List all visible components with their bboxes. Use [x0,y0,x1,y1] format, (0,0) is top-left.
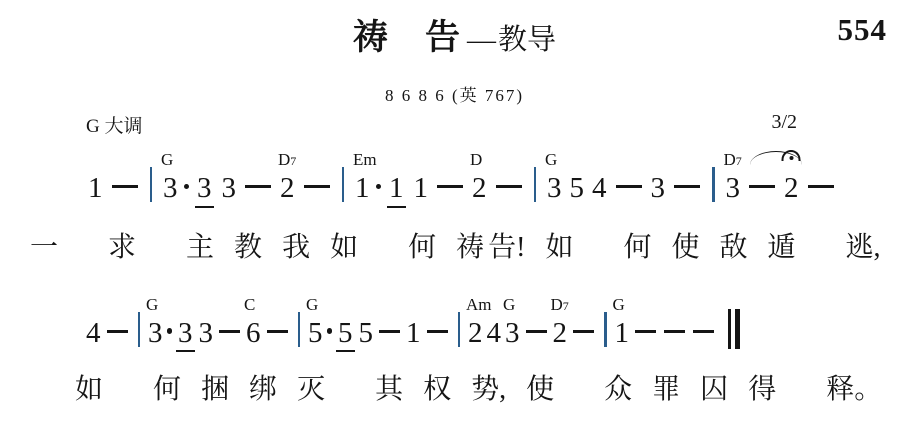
note: 2D [472,173,487,204]
chord-label: D [470,151,482,168]
duration-dash [674,185,700,188]
duration-dash [664,330,685,333]
lyric-syllable: 罪 [652,373,680,407]
note: 5 [336,318,355,353]
note: 3G [148,318,163,349]
note: 1 [414,173,429,204]
chord-label: Am [466,296,492,313]
barline [604,312,607,347]
duration-dash [427,330,448,333]
barline [138,312,141,347]
duration-dash [107,330,128,333]
meter-line: 8 6 8 6 (英 767) [20,81,889,106]
note: 3 [195,173,214,208]
lyric-syllable: 祷 [456,231,484,265]
lyric-syllable: 遁 [768,231,796,265]
augmentation-dot [184,184,190,190]
note: 3 [651,173,666,204]
note: 3G [163,173,178,204]
lyric-syllable: 告! [488,231,525,265]
note: 1 [406,318,421,349]
lyric-syllable: 其 [375,373,403,407]
lyric-syllable: 逃, [846,231,881,265]
header: 祷 告—教导 554 [20,14,889,64]
final-barline [728,309,740,349]
barline [342,167,345,202]
duration-dash [379,330,400,333]
chord-label: D7 [724,151,742,168]
note: 3D7 [726,173,741,204]
chord-label: G [613,296,625,313]
duration-dash [496,185,522,188]
duration-dash [437,185,463,188]
hymn-sheet-page: 祷 告—教导 554 8 6 8 6 (英 767) G 大调 3/2 13G3… [0,0,909,443]
hymn-title-main: 祷 告 [353,18,461,57]
barline [534,167,537,202]
lyrics-line-2: 如何捆绑灭其权势,使众罪囚得释。 [20,373,889,407]
duration-dash [267,330,288,333]
note: 5 [570,173,585,204]
lyric-syllable: 如 [75,373,103,407]
lyric-syllable: 绑 [249,373,277,407]
barline [298,312,301,347]
chord-label: G [545,151,557,168]
lyric-syllable: 求 [108,231,136,265]
lyric-syllable: 何 [408,231,436,265]
barline [458,312,461,347]
lyric-syllable: 囚 [700,373,728,407]
note: 4 [86,318,101,349]
lyric-syllable: 何 [153,373,181,407]
note: 3G [505,318,520,349]
hymn-title-subtitle: 教导 [498,24,556,56]
duration-dash [635,330,656,333]
duration-dash [693,330,714,333]
note: 5 [359,318,374,349]
note: 2D7 [553,318,568,349]
lyric-syllable: 一 [30,231,58,265]
note: 1 [88,173,103,204]
note: 1G [615,318,630,349]
lyric-syllable: 我 [282,231,310,265]
chord-label: G [161,151,173,168]
lyric-syllable: 得 [748,373,776,407]
note: 2 [784,173,799,204]
lyric-syllable: 如 [330,231,358,265]
note: 2Am [468,318,483,349]
augmentation-dot [376,184,382,190]
augmentation-dot [167,328,173,334]
lyric-syllable: 何 [623,231,651,265]
lyrics-line-1: 一求主教我如何祷告!如何使敌遁逃, [20,231,889,265]
augmentation-dot [327,328,333,334]
note: 4 [487,318,502,349]
note: 5G [308,318,323,349]
chord-label: G [503,296,515,313]
lyric-syllable: 众 [604,373,632,407]
chord-label: G [146,296,158,313]
duration-dash [219,330,240,333]
duration-dash [808,185,834,188]
hymn-title: 祷 告—教导 [20,14,889,69]
hymn-number: 554 [838,12,888,48]
chord-label: Em [353,151,377,168]
duration-dash [112,185,138,188]
note: 2D7 [280,173,295,204]
duration-dash [526,330,547,333]
lyric-syllable: 捆 [201,373,229,407]
duration-dash [573,330,594,333]
duration-dash [616,185,642,188]
note: 3G [547,173,562,204]
chord-label: C [244,296,255,313]
note: 3 [199,318,214,349]
lyric-syllable: 灭 [297,373,325,407]
lyric-syllable: 势, [471,373,506,407]
lyric-syllable: 使 [671,231,699,265]
note: 1Em [355,173,370,204]
music-line-2: 43G336C5G5512Am43G2D71G [20,285,889,341]
note: 4 [592,173,607,204]
duration-dash [749,185,775,188]
lyric-syllable: 使 [526,373,554,407]
fermata-icon [782,150,801,161]
key-time-row: G 大调 3/2 [20,111,889,135]
lyric-syllable: 敌 [720,231,748,265]
barline [712,167,715,202]
time-signature: 3/2 [771,111,797,135]
chord-label: D7 [278,151,296,168]
duration-dash [245,185,271,188]
lyric-syllable: 权 [423,373,451,407]
duration-dash [304,185,330,188]
lyric-syllable: 如 [545,231,573,265]
lyric-syllable: 释。 [826,373,882,407]
key-signature: G 大调 [86,111,142,135]
lyric-syllable: 教 [234,231,262,265]
chord-label: G [306,296,318,313]
note: 3 [222,173,237,204]
chord-label: D7 [551,296,569,313]
hymn-title-dash: — [467,24,496,56]
note: 3 [176,318,195,353]
note: 1 [387,173,406,208]
music-line-1: 13G332D71Em112D3G5433D72 [20,143,889,199]
barline [150,167,153,202]
lyric-syllable: 主 [186,231,214,265]
note: 6C [246,318,261,349]
